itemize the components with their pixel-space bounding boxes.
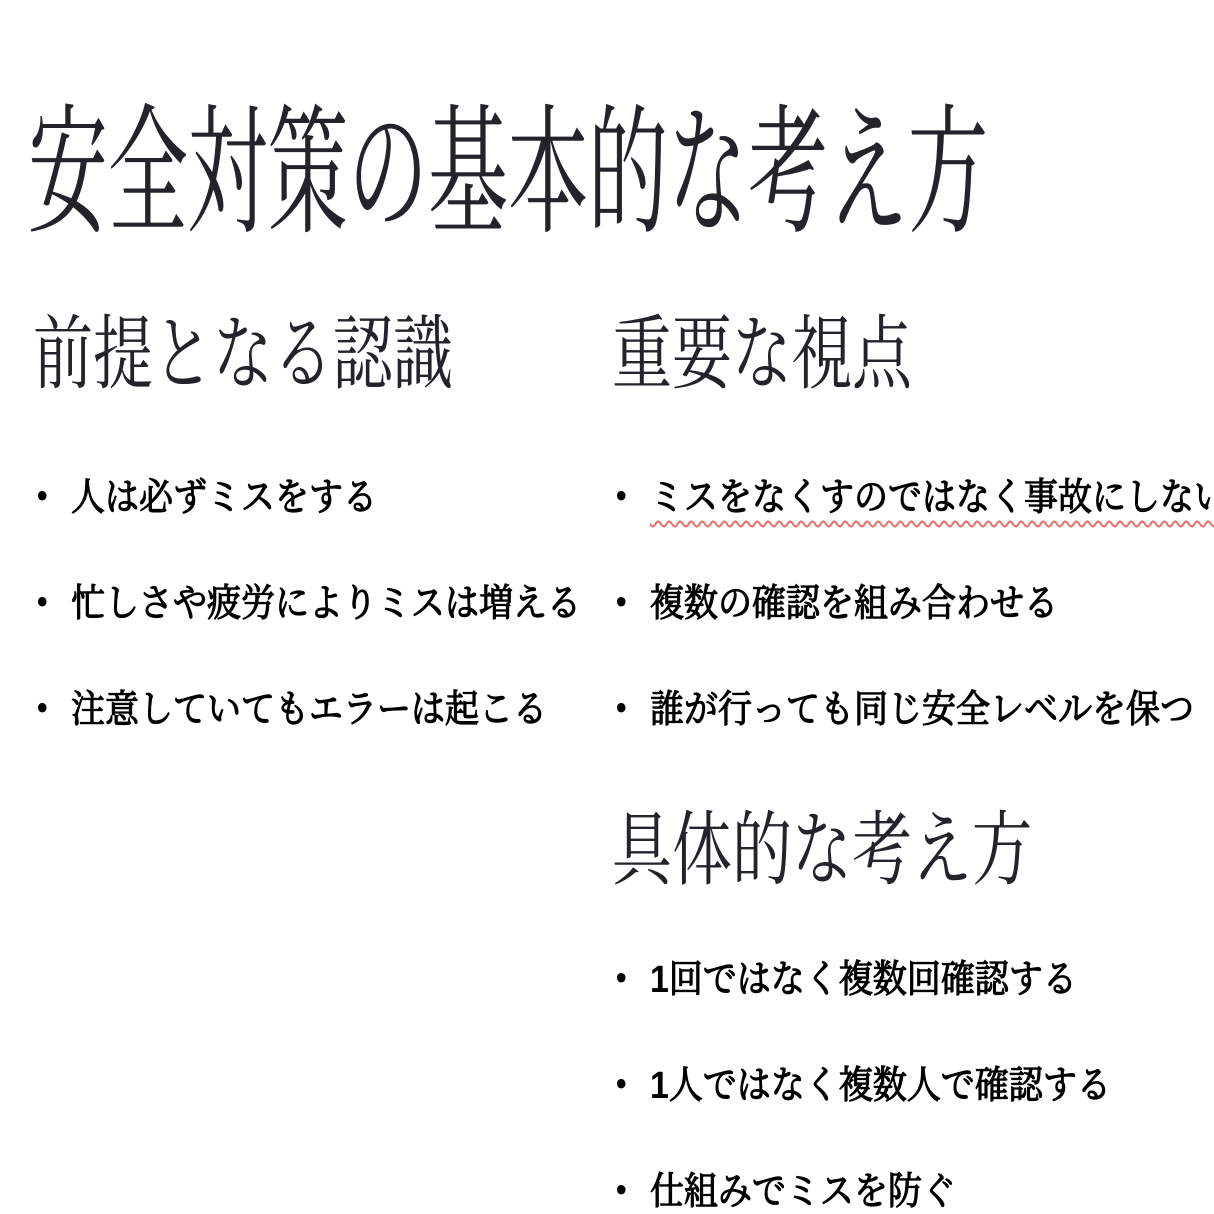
bullet-text: 仕組みでミスを防ぐ bbox=[650, 1170, 956, 1213]
section-heading-viewpoints: 重要な視点 bbox=[612, 312, 1212, 398]
bullet-item: • 人は必ずミスをする bbox=[33, 474, 603, 521]
bullet-text: 注意していてもエラーは起こる bbox=[71, 688, 547, 731]
bullet-text-underlined: ミスをなくすのではなく事故にしない bbox=[650, 476, 1214, 519]
bullet-dot-icon: • bbox=[616, 473, 627, 520]
bullet-text: 誰が行っても同じ安全レベルを保つ bbox=[650, 688, 1194, 731]
bullet-item: • ミスをなくすのではなく事故にしない bbox=[612, 474, 1212, 521]
bullet-text: 忙しさや疲労によりミスは増える bbox=[71, 582, 581, 625]
bullet-item: • 注意していてもエラーは起こる bbox=[33, 686, 603, 733]
bullet-item: • 誰が行っても同じ安全レベルを保つ bbox=[612, 686, 1212, 733]
bullet-dot-icon: • bbox=[616, 579, 627, 626]
bullet-item: • 仕組みでミスを防ぐ bbox=[612, 1168, 1212, 1214]
section-premise: 前提となる認識 • 人は必ずミスをする • 忙しさや疲労によりミスは増える • … bbox=[33, 262, 603, 728]
section-concrete: 具体的な考え方 • 1回ではなく複数回確認する • 1人ではなく複数人で確認する… bbox=[612, 758, 1212, 1210]
bullet-text: 人は必ずミスをする bbox=[71, 476, 377, 519]
bullet-dot-icon: • bbox=[37, 579, 48, 626]
bullet-dot-icon: • bbox=[616, 1167, 627, 1214]
page-title: 安全対策の基本的な考え方 bbox=[28, 102, 988, 246]
bullet-dot-icon: • bbox=[37, 685, 48, 732]
bullet-item: • 忙しさや疲労によりミスは増える bbox=[33, 580, 603, 627]
bullet-list-concrete: • 1回ではなく複数回確認する • 1人ではなく複数人で確認する • 仕組みでミ… bbox=[612, 956, 1212, 1210]
bullet-item: • 1人ではなく複数人で確認する bbox=[612, 1062, 1212, 1109]
section-viewpoints: 重要な視点 • ミスをなくすのではなく事故にしない • 複数の確認を組み合わせる… bbox=[612, 262, 1212, 728]
bullet-text: 複数の確認を組み合わせる bbox=[650, 582, 1058, 625]
section-heading-concrete: 具体的な考え方 bbox=[612, 808, 1212, 894]
section-heading-premise: 前提となる認識 bbox=[33, 312, 603, 398]
bullet-dot-icon: • bbox=[37, 473, 48, 520]
bullet-text: 1回ではなく複数回確認する bbox=[650, 958, 1077, 1001]
bullet-dot-icon: • bbox=[616, 1061, 627, 1108]
bullet-dot-icon: • bbox=[616, 685, 627, 732]
bullet-item: • 複数の確認を組み合わせる bbox=[612, 580, 1212, 627]
bullet-list-premise: • 人は必ずミスをする • 忙しさや疲労によりミスは増える • 注意していてもエ… bbox=[33, 474, 603, 728]
bullet-item: • 1回ではなく複数回確認する bbox=[612, 956, 1212, 1003]
bullet-list-viewpoints: • ミスをなくすのではなく事故にしない • 複数の確認を組み合わせる • 誰が行… bbox=[612, 474, 1212, 728]
bullet-dot-icon: • bbox=[616, 955, 627, 1002]
bullet-text: 1人ではなく複数人で確認する bbox=[650, 1064, 1111, 1107]
